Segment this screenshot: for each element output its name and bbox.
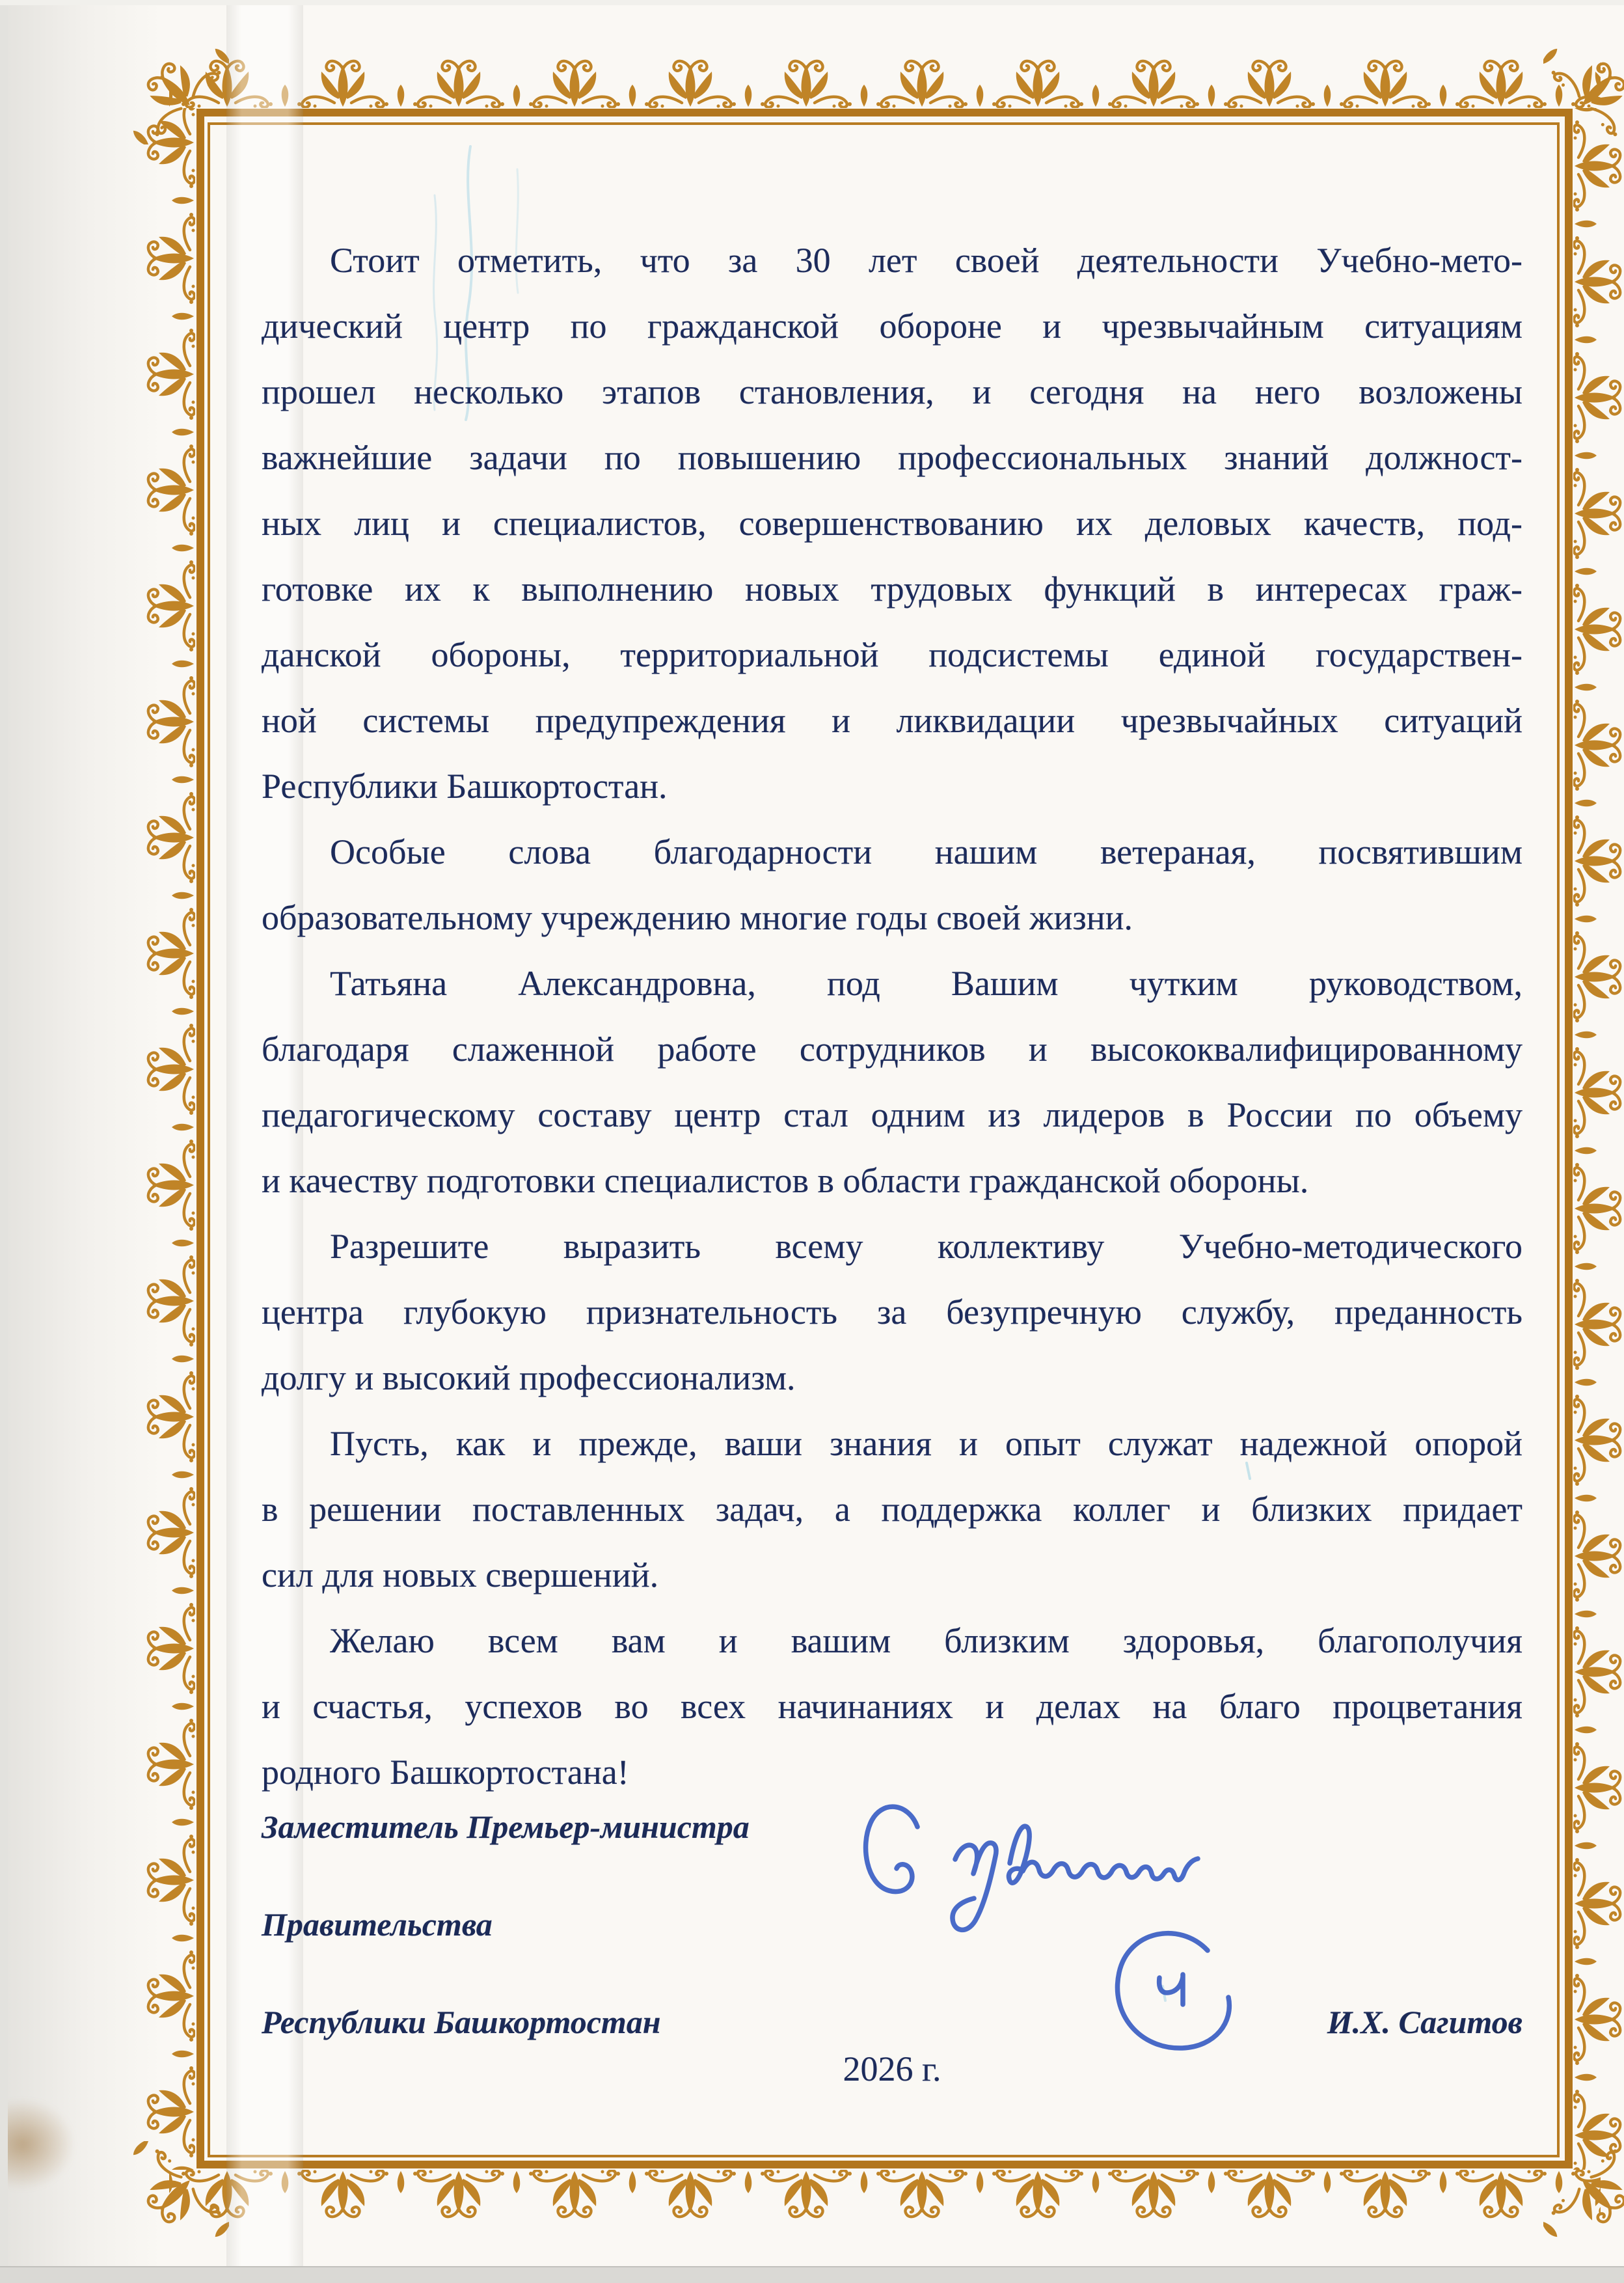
- text-line: Республики Башкортостан.: [262, 754, 1522, 819]
- text-line: ной системы предупреждения и ликвидации …: [262, 688, 1522, 754]
- handwritten-signature: [846, 1780, 1288, 2079]
- text-line: Татьяна Александровна, под Вашим чутким …: [262, 951, 1522, 1017]
- text-line: готовке их к выполнению новых трудовых ф…: [262, 556, 1522, 622]
- text-line: важнейшие задачи по повышению профессион…: [262, 425, 1522, 491]
- text-line: сил для новых свершений.: [262, 1542, 1522, 1608]
- scan-edge-left: [0, 0, 8, 2283]
- text-line: центра глубокую признательность за безуп…: [262, 1279, 1522, 1345]
- text-line: Желаю всем вам и вашим близким здоровья,…: [262, 1608, 1522, 1674]
- text-line: Разрешите выразить всему коллективу Учеб…: [262, 1214, 1522, 1279]
- scanned-letter-page: { "document": { "kind": "congratulatory …: [0, 0, 1624, 2283]
- text-line: долгу и высокий профессионализм.: [262, 1345, 1522, 1411]
- text-line: в решении поставленных задач, а поддержк…: [262, 1477, 1522, 1542]
- text-line: данской обороны, территориальной подсист…: [262, 622, 1522, 688]
- text-line: педагогическому составу центр стал одним…: [262, 1082, 1522, 1148]
- text-line: благодаря слаженной работе сотрудников и…: [262, 1017, 1522, 1082]
- text-line: и счастья, успехов во всех начинаниях и …: [262, 1674, 1522, 1740]
- scan-edge-top: [0, 0, 1624, 5]
- text-line: ных лиц и специалистов, совершенствовани…: [262, 491, 1522, 556]
- date-line: 2026 г.: [262, 2049, 1522, 2089]
- text-line: дический центр по гражданской обороне и …: [262, 294, 1522, 359]
- text-line: Стоит отметить, что за 30 лет своей деят…: [262, 228, 1522, 294]
- text-line: и качеству подготовки специалистов в обл…: [262, 1148, 1522, 1214]
- text-line: образовательному учреждению многие годы …: [262, 885, 1522, 951]
- text-line: Пусть, как и прежде, ваши знания и опыт …: [262, 1411, 1522, 1477]
- scan-edge-bottom: [0, 2266, 1624, 2283]
- body-text: Стоит отметить, что за 30 лет своей деят…: [262, 228, 1522, 1805]
- text-line: Особые слова благодарности нашим ветеран…: [262, 819, 1522, 885]
- text-line: прошел несколько этапов становления, и с…: [262, 359, 1522, 425]
